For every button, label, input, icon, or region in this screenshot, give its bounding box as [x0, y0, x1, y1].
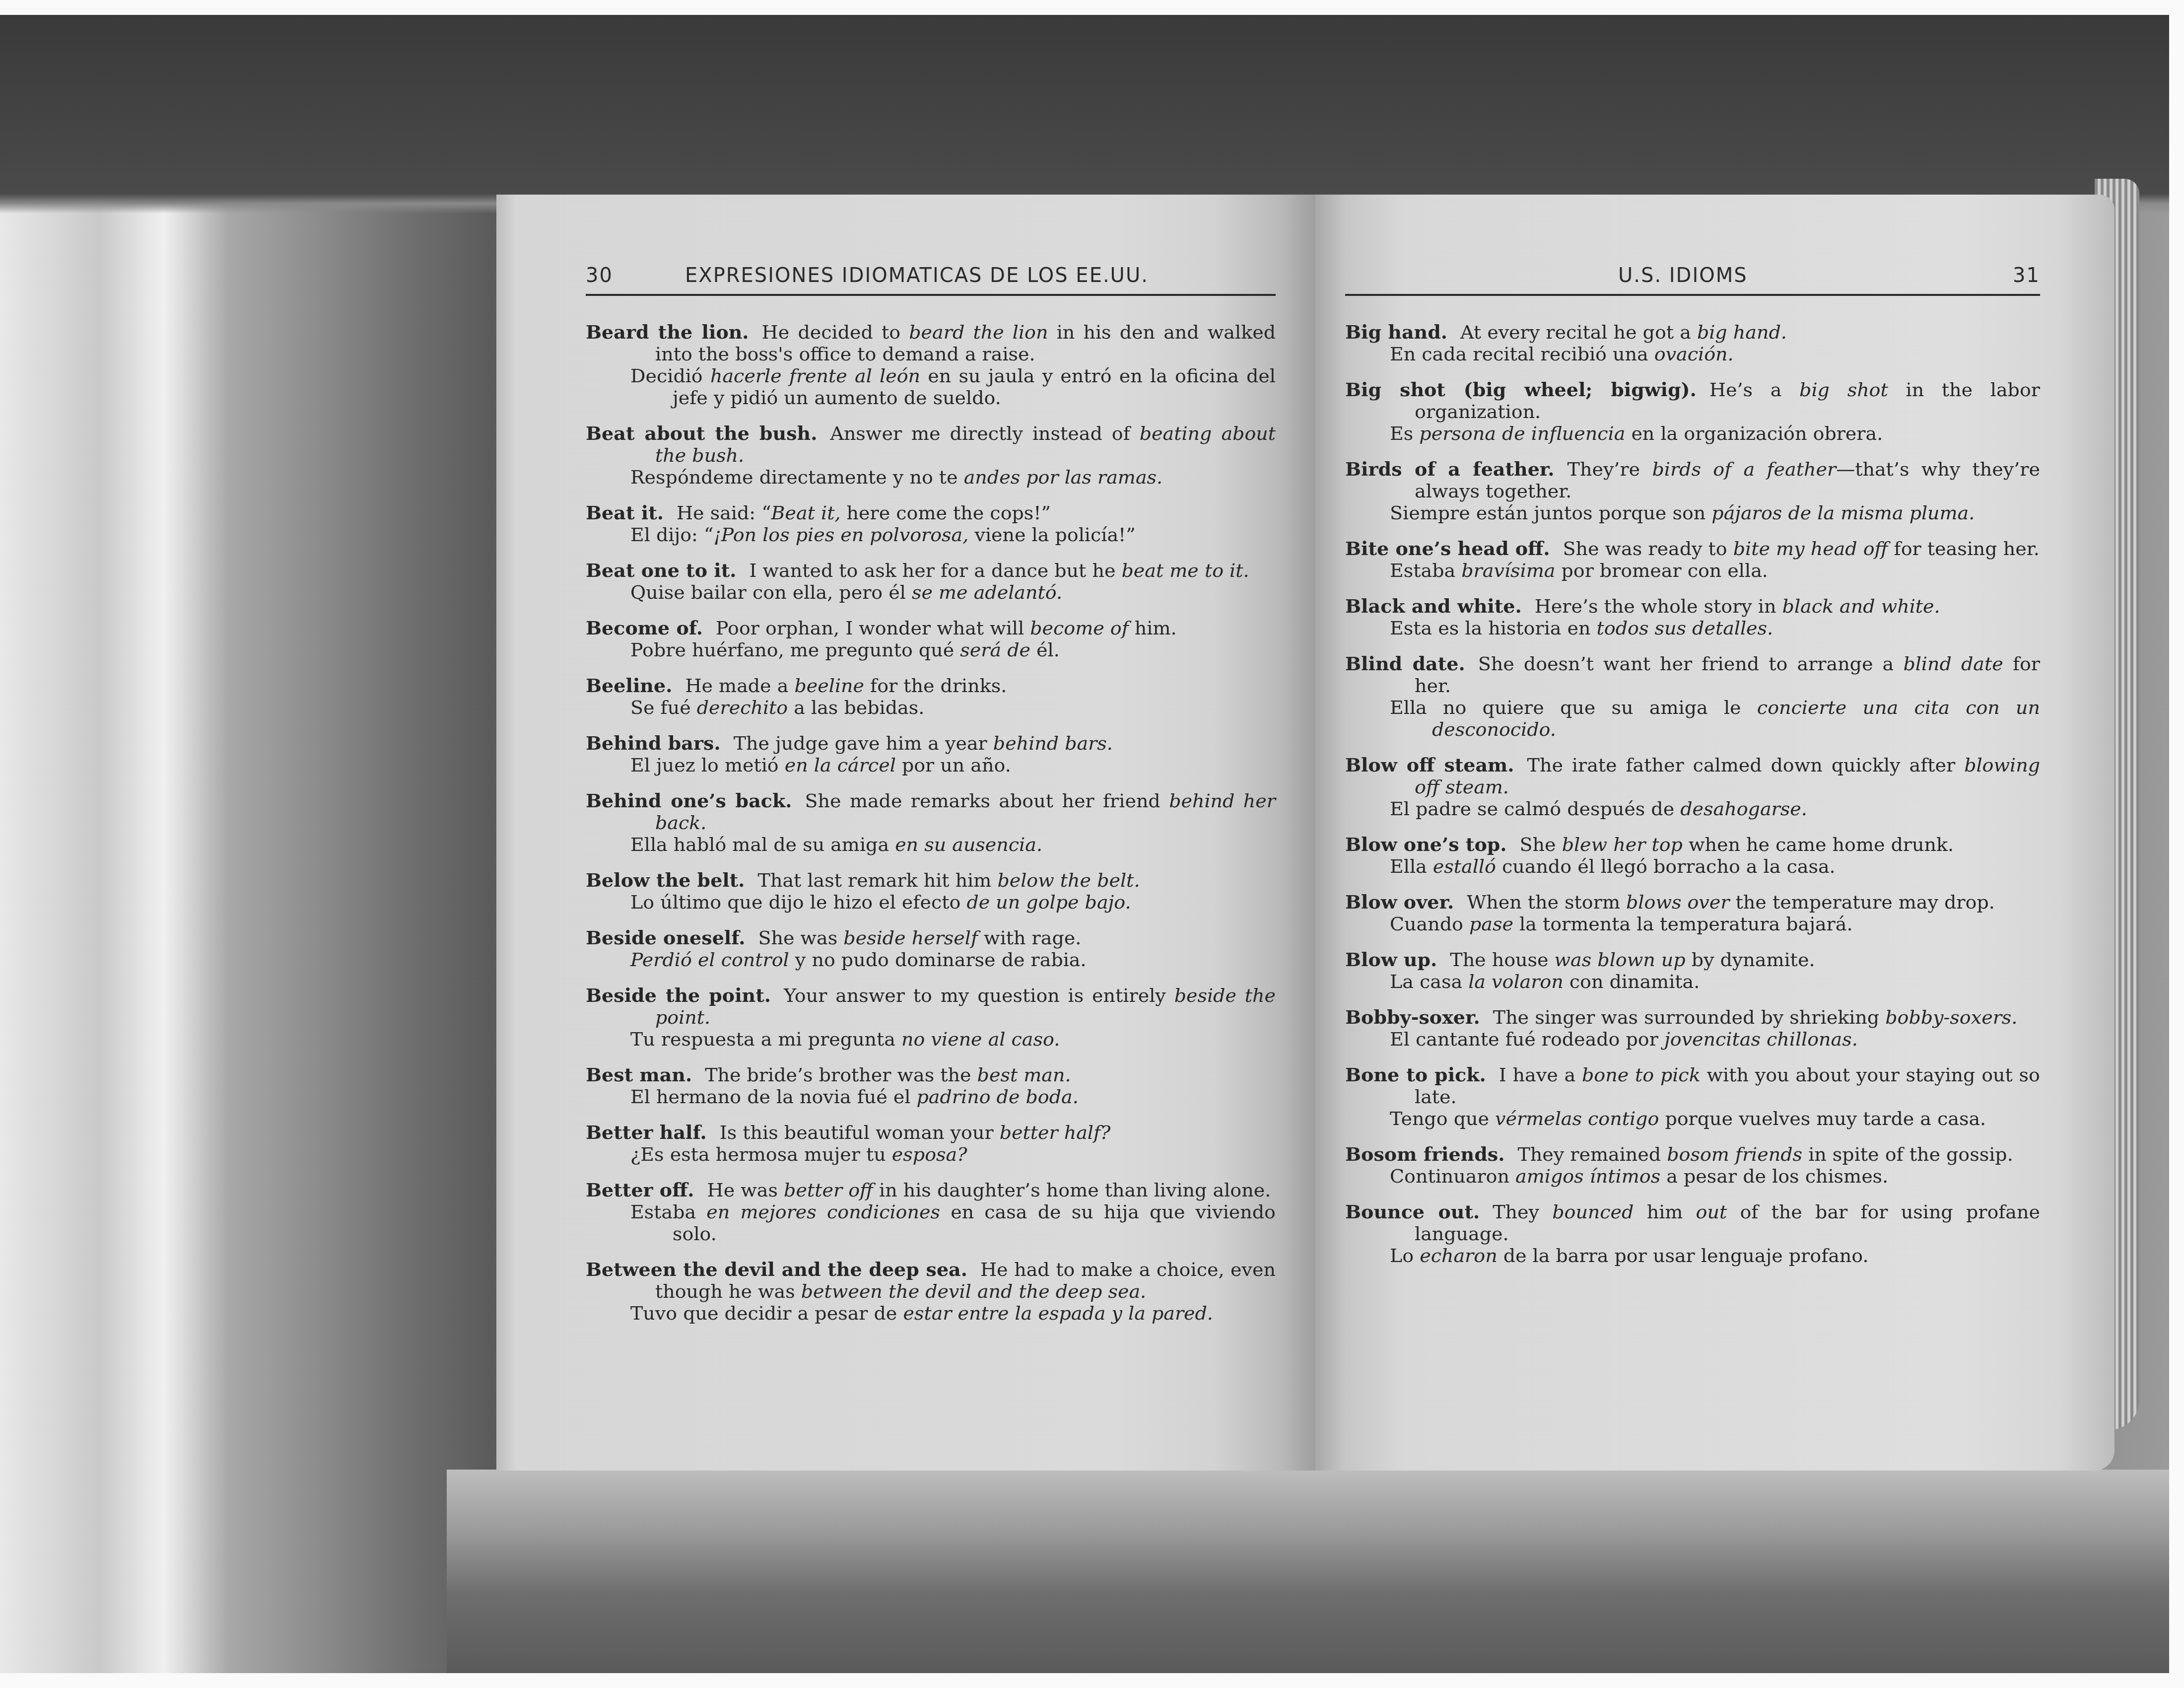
text-run: Estaba [630, 1201, 706, 1223]
spanish-translation: Pobre huérfano, me pregunto qué será de … [586, 639, 1276, 661]
text-run: Es [1390, 422, 1419, 444]
spanish-translation: Decidió hacerle frente al león en su jau… [586, 365, 1276, 409]
idiom-term: Birds of a feather. [1345, 458, 1555, 480]
idiom-emphasis: jovencitas chillonas. [1664, 1028, 1858, 1050]
english-example: Birds of a feather.They’re birds of a fe… [1345, 458, 2040, 502]
text-run: She was [758, 927, 843, 949]
text-run: by dynamite. [1686, 949, 1815, 971]
running-head: 30 EXPRESIONES IDIOMATICAS DE LOS EE.UU. [586, 264, 1276, 294]
english-example: Below the belt.That last remark hit him … [586, 869, 1276, 891]
idiom-entry: Beat one to it.I wanted to ask her for a… [586, 560, 1276, 603]
idiom-emphasis: ¡Pon los pies en polvorosa, [713, 524, 968, 546]
text-run: Decidió [630, 365, 710, 387]
idiom-entry: Bosom friends.They remained bosom friend… [1345, 1143, 2040, 1187]
text-run: con dinamita. [1564, 971, 1700, 992]
english-example: Blind date.She doesn’t want her friend t… [1345, 653, 2040, 697]
idiom-term: Below the belt. [586, 869, 745, 891]
idiom-entry: Bounce out.They bounced him out of the b… [1345, 1201, 2040, 1266]
spanish-translation: Perdió el control y no pudo dominarse de… [586, 949, 1276, 971]
idiom-term: Bobby-soxer. [1345, 1006, 1480, 1028]
text-run: Respóndeme directamente y no te [630, 466, 964, 488]
text-run: La casa [1390, 971, 1468, 992]
text-run: I wanted to ask her for a dance but he [749, 560, 1121, 581]
spanish-translation: Ella habló mal de su amiga en su ausenci… [586, 834, 1276, 855]
spanish-translation: La casa la volaron con dinamita. [1345, 971, 2040, 992]
english-example: Behind one’s back.She made remarks about… [586, 790, 1276, 834]
idiom-term: Bone to pick. [1345, 1063, 1486, 1086]
idiom-entry: Beard the lion.He decided to beard the l… [586, 321, 1276, 409]
idiom-emphasis: beeline [794, 675, 864, 697]
idiom-term: Best man. [586, 1063, 692, 1086]
spanish-translation: Cuando pase la tormenta la temperatura b… [1345, 913, 2040, 935]
spanish-translation: El padre se calmó después de desahogarse… [1345, 798, 2040, 820]
running-head-title: U.S. IDIOMS [1618, 264, 1748, 287]
english-example: Bone to pick.I have a bone to pick with … [1345, 1064, 2040, 1108]
idiom-term: Blind date. [1345, 652, 1465, 675]
text-run: Pobre huérfano, me pregunto qué [630, 639, 960, 661]
idiom-entry: Bone to pick.I have a bone to pick with … [1345, 1064, 2040, 1129]
idiom-emphasis: become of [1030, 617, 1129, 639]
idiom-entry: Behind bars.The judge gave him a year be… [586, 732, 1276, 776]
idiom-term: Better off. [586, 1179, 694, 1201]
idiom-entry: Between the devil and the deep sea.He ha… [586, 1259, 1276, 1324]
idiom-entry: Blow over.When the storm blows over the … [1345, 891, 2040, 935]
idiom-emphasis: Perdió el control [630, 949, 789, 971]
text-run: for teasing her. [1888, 538, 2039, 560]
text-run: When the storm [1467, 891, 1626, 913]
english-example: Bobby-soxer.The singer was surrounded by… [1345, 1006, 2040, 1028]
text-run: here come the cops!” [841, 502, 1051, 524]
spanish-translation: Ella estalló cuando él llegó borracho a … [1345, 855, 2040, 877]
english-example: Beard the lion.He decided to beard the l… [586, 321, 1276, 365]
english-example: Beat about the bush.Answer me directly i… [586, 422, 1276, 466]
text-run: The judge gave him a year [734, 732, 993, 754]
entry-list: Big hand.At every recital he got a big h… [1345, 321, 2040, 1280]
idiom-emphasis: pájaros de la misma pluma. [1711, 502, 1975, 524]
idiom-emphasis: se me adelantó. [912, 581, 1062, 603]
text-run: Tengo que [1390, 1108, 1495, 1129]
text-run: por un año. [896, 754, 1011, 776]
idiom-emphasis: bite my head off [1733, 538, 1888, 560]
entry-list: Beard the lion.He decided to beard the l… [586, 321, 1276, 1338]
spanish-translation: Es persona de influencia en la organizac… [1345, 422, 2040, 444]
text-run: ¿Es esta hermosa mujer tu [630, 1143, 892, 1165]
idiom-term: Behind one’s back. [586, 789, 792, 812]
text-run: Poor orphan, I wonder what will [716, 617, 1030, 639]
text-run: Quise bailar con ella, pero él [630, 581, 912, 603]
idiom-emphasis: vérmelas contigo [1495, 1108, 1659, 1129]
text-run: They’re [1568, 458, 1652, 480]
spanish-translation: Se fué derechito a las bebidas. [586, 697, 1276, 718]
text-run: At every recital he got a [1460, 321, 1697, 343]
idiom-entry: Blow up.The house was blown up by dynami… [1345, 949, 2040, 992]
idiom-emphasis: bobby-soxers. [1885, 1006, 2017, 1028]
idiom-entry: Beside the point.Your answer to my quest… [586, 985, 1276, 1050]
text-run: Continuaron [1390, 1165, 1515, 1187]
text-run: The irate father calmed down quickly aft… [1527, 754, 1965, 776]
idiom-entry: Beeline.He made a beeline for the drinks… [586, 675, 1276, 718]
text-run: El cantante fué rodeado por [1390, 1028, 1664, 1050]
english-example: Better off.He was better off in his daug… [586, 1179, 1276, 1201]
idiom-emphasis: was blown up [1555, 949, 1686, 971]
idiom-term: Become of. [586, 617, 703, 639]
idiom-emphasis: derechito [697, 697, 788, 718]
idiom-term: Bosom friends. [1345, 1143, 1504, 1165]
spanish-translation: Continuaron amigos íntimos a pesar de lo… [1345, 1165, 2040, 1187]
english-example: Bounce out.They bounced him out of the b… [1345, 1201, 2040, 1245]
idiom-emphasis: esposa? [892, 1143, 967, 1165]
english-example: Beat it.He said: “Beat it, here come the… [586, 502, 1276, 524]
idiom-term: Beside the point. [586, 984, 771, 1006]
spanish-translation: Lo echaron de la barra por usar lenguaje… [1345, 1245, 2040, 1266]
left-page: 30 EXPRESIONES IDIOMATICAS DE LOS EE.UU.… [496, 195, 1315, 1471]
english-example: Blow over.When the storm blows over the … [1345, 891, 2040, 913]
idiom-emphasis: out [1696, 1201, 1727, 1223]
idiom-emphasis: andes por las ramas. [964, 466, 1162, 488]
english-example: Beside oneself.She was beside herself wi… [586, 927, 1276, 949]
idiom-emphasis: better off [784, 1179, 873, 1201]
text-run: He was [707, 1179, 784, 1201]
text-run: Lo último que dijo le hizo el efecto [630, 891, 966, 913]
spanish-translation: Quise bailar con ella, pero él se me ade… [586, 581, 1276, 603]
text-run: viene la policía!” [968, 524, 1135, 546]
idiom-entry: Best man.The bride’s brother was the bes… [586, 1064, 1276, 1108]
english-example: Beside the point.Your answer to my quest… [586, 985, 1276, 1028]
text-run: cuando él llegó borracho a la casa. [1496, 855, 1836, 877]
idiom-term: Blow off steam. [1345, 754, 1514, 776]
text-run: El juez lo metió [630, 754, 785, 776]
text-run: Se fué [630, 697, 697, 718]
idiom-emphasis: bosom friends [1667, 1143, 1802, 1165]
spanish-translation: Siempre están juntos porque son pájaros … [1345, 502, 2040, 524]
idiom-term: Beside oneself. [586, 926, 745, 949]
text-run: Answer me directly instead of [830, 422, 1139, 444]
idiom-term: Black and white. [1345, 595, 1522, 617]
text-run: él. [1030, 639, 1060, 661]
idiom-term: Beat it. [586, 501, 664, 524]
idiom-entry: Behind one’s back.She made remarks about… [586, 790, 1276, 855]
idiom-emphasis: big shot [1799, 379, 1888, 401]
english-example: Blow up.The house was blown up by dynami… [1345, 949, 2040, 971]
text-run: him [1634, 1201, 1696, 1223]
text-run: En cada recital recibió una [1390, 343, 1654, 365]
english-example: Become of.Poor orphan, I wonder what wil… [586, 617, 1276, 639]
idiom-emphasis: blind date [1903, 653, 2003, 675]
text-run: de la barra por usar lenguaje profano. [1498, 1245, 1869, 1266]
spanish-translation: Lo último que dijo le hizo el efecto de … [586, 891, 1276, 913]
page-number: 30 [586, 264, 613, 287]
text-run: He decided to [762, 321, 909, 343]
spanish-translation: El hermano de la novia fué el padrino de… [586, 1086, 1276, 1108]
idiom-entry: Blow one’s top.She blew her top when he … [1345, 834, 2040, 877]
english-example: Beeline.He made a beeline for the drinks… [586, 675, 1276, 697]
idiom-emphasis: beat me to it. [1121, 560, 1249, 581]
page-number: 31 [2013, 264, 2040, 287]
idiom-entry: Beat about the bush.Answer me directly i… [586, 422, 1276, 488]
idiom-entry: Bite one’s head off.She was ready to bit… [1345, 538, 2040, 581]
idiom-entry: Beside oneself.She was beside herself wi… [586, 927, 1276, 971]
idiom-emphasis: between the devil and the deep sea. [801, 1280, 1146, 1302]
text-run: The singer was surrounded by shrieking [1493, 1006, 1885, 1028]
idiom-term: Better half. [586, 1121, 707, 1143]
text-run: Ella no quiere que su amiga le [1390, 697, 1757, 718]
english-example: Bite one’s head off.She was ready to bit… [1345, 538, 2040, 560]
text-run: him. [1129, 617, 1177, 639]
english-example: Behind bars.The judge gave him a year be… [586, 732, 1276, 754]
text-run: the temperature may drop. [1730, 891, 1995, 913]
text-run: a pesar de los chismes. [1660, 1165, 1888, 1187]
idiom-term: Blow up. [1345, 948, 1437, 971]
text-run: She made remarks about her friend [805, 790, 1169, 812]
header-rule [1345, 294, 2040, 296]
idiom-term: Between the devil and the deep sea. [586, 1258, 967, 1280]
running-head-title: EXPRESIONES IDIOMATICAS DE LOS EE.UU. [685, 264, 1149, 287]
english-example: Between the devil and the deep sea.He ha… [586, 1259, 1276, 1302]
idiom-emphasis: será de [960, 639, 1030, 661]
spanish-translation: Tengo que vérmelas contigo porque vuelve… [1345, 1108, 2040, 1129]
idiom-emphasis: la volaron [1468, 971, 1564, 992]
idiom-emphasis: en la cárcel [785, 754, 896, 776]
english-example: Beat one to it.I wanted to ask her for a… [586, 560, 1276, 581]
idiom-emphasis: beard the lion [909, 321, 1048, 343]
idiom-emphasis: todos sus detalles. [1597, 617, 1774, 639]
text-run: El padre se calmó después de [1390, 798, 1680, 820]
idiom-emphasis: better half? [1000, 1122, 1111, 1143]
idiom-emphasis: padrino de boda. [917, 1086, 1079, 1108]
idiom-emphasis: big hand. [1697, 321, 1787, 343]
idiom-emphasis: no viene al caso. [901, 1028, 1060, 1050]
idiom-emphasis: en mejores condiciones [706, 1201, 940, 1223]
idiom-emphasis: bounced [1552, 1201, 1634, 1223]
idiom-term: Beeline. [586, 674, 672, 697]
text-run: That last remark hit him [758, 869, 998, 891]
english-example: Best man.The bride’s brother was the bes… [586, 1064, 1276, 1086]
idiom-entry: Beat it.He said: “Beat it, here come the… [586, 502, 1276, 546]
idiom-emphasis: desahogarse. [1680, 798, 1807, 820]
spanish-translation: Respóndeme directamente y no te andes po… [586, 466, 1276, 488]
english-example: Big hand.At every recital he got a big h… [1345, 321, 2040, 343]
idiom-emphasis: pase [1469, 913, 1513, 935]
spanish-translation: Estaba bravísima por bromear con ella. [1345, 560, 2040, 581]
idiom-term: Bounce out. [1345, 1200, 1480, 1223]
idiom-emphasis: bone to pick [1582, 1064, 1701, 1086]
text-run: Siempre están juntos porque son [1390, 502, 1711, 524]
idiom-emphasis: blew her top [1562, 834, 1683, 855]
idiom-emphasis: blows over [1626, 891, 1729, 913]
english-example: Black and white.Here’s the whole story i… [1345, 595, 2040, 617]
text-run: with rage. [978, 927, 1081, 949]
text-run: He said: “ [677, 502, 771, 524]
spanish-translation: El juez lo metió en la cárcel por un año… [586, 754, 1276, 776]
text-run: Your answer to my question is entirely [784, 985, 1174, 1006]
text-run: in his daughter’s home than living alone… [873, 1179, 1271, 1201]
text-run: a las bebidas. [788, 697, 924, 718]
idiom-entry: Bobby-soxer.The singer was surrounded by… [1345, 1006, 2040, 1050]
idiom-entry: Big shot (big wheel; bigwig).He’s a big … [1345, 379, 2040, 444]
text-run: por bromear con ella. [1555, 560, 1768, 581]
idiom-entry: Better off.He was better off in his daug… [586, 1179, 1276, 1245]
spanish-translation: El cantante fué rodeado por jovencitas c… [1345, 1028, 2040, 1050]
text-run: Tu respuesta a mi pregunta [630, 1028, 901, 1050]
idiom-emphasis: en su ausencia. [895, 834, 1042, 855]
spanish-translation: Esta es la historia en todos sus detalle… [1345, 617, 2040, 639]
idiom-emphasis: black and white. [1782, 595, 1940, 617]
text-run: He made a [685, 675, 794, 697]
idiom-term: Beat one to it. [586, 559, 736, 581]
spanish-translation: Tu respuesta a mi pregunta no viene al c… [586, 1028, 1276, 1050]
idiom-term: Big shot (big wheel; bigwig). [1345, 378, 1697, 401]
idiom-emphasis: Beat it, [771, 502, 841, 524]
idiom-emphasis: estar entre la espada y la pared. [903, 1302, 1213, 1324]
english-example: Blow one’s top.She blew her top when he … [1345, 834, 2040, 855]
text-run: y no pudo dominarse de rabia. [789, 949, 1087, 971]
idiom-entry: Better half.Is this beautiful woman your… [586, 1122, 1276, 1165]
text-run: The bride’s brother was the [705, 1064, 977, 1086]
idiom-term: Bite one’s head off. [1345, 537, 1550, 560]
spanish-translation: ¿Es esta hermosa mujer tu esposa? [586, 1143, 1276, 1165]
idiom-entry: Black and white.Here’s the whole story i… [1345, 595, 2040, 639]
text-run: They [1493, 1201, 1552, 1223]
text-run: She doesn’t want her friend to arrange a [1478, 653, 1904, 675]
text-run: The house [1450, 949, 1554, 971]
text-run: Esta es la historia en [1390, 617, 1597, 639]
text-run: Estaba [1390, 560, 1461, 581]
english-example: Bosom friends.They remained bosom friend… [1345, 1143, 2040, 1165]
english-example: Big shot (big wheel; bigwig).He’s a big … [1345, 379, 2040, 422]
english-example: Blow off steam.The irate father calmed d… [1345, 754, 2040, 798]
text-run: la tormenta la temperatura bajará. [1513, 913, 1853, 935]
idiom-term: Beard the lion. [586, 321, 749, 343]
idiom-emphasis: birds of a feather [1652, 458, 1836, 480]
idiom-entry: Below the belt.That last remark hit him … [586, 869, 1276, 913]
text-run: El hermano de la novia fué el [630, 1086, 917, 1108]
idiom-emphasis: ovación. [1654, 343, 1734, 365]
idiom-entry: Birds of a feather.They’re birds of a fe… [1345, 458, 2040, 524]
idiom-entry: Become of.Poor orphan, I wonder what wil… [586, 617, 1276, 661]
idiom-term: Behind bars. [586, 732, 721, 754]
text-run: porque vuelves muy tarde a casa. [1659, 1108, 1986, 1129]
idiom-entry: Big hand.At every recital he got a big h… [1345, 321, 2040, 365]
text-run: when he came home drunk. [1683, 834, 1954, 855]
idiom-entry: Blind date.She doesn’t want her friend t… [1345, 653, 2040, 740]
idiom-emphasis: persona de influencia [1419, 422, 1625, 444]
idiom-emphasis: echaron [1420, 1245, 1497, 1266]
english-example: Better half.Is this beautiful woman your… [586, 1122, 1276, 1143]
idiom-emphasis: behind bars. [993, 732, 1113, 754]
right-page: U.S. IDIOMS 31 Big hand.At every recital… [1315, 195, 2115, 1471]
text-run: They remained [1517, 1143, 1667, 1165]
spanish-translation: En cada recital recibió una ovación. [1345, 343, 2040, 365]
spanish-translation: Estaba en mejores condiciones en casa de… [586, 1201, 1276, 1245]
idiom-term: Beat about the bush. [586, 422, 817, 444]
text-run: Lo [1390, 1245, 1420, 1266]
idiom-term: Blow one’s top. [1345, 833, 1507, 855]
idiom-entry: Blow off steam.The irate father calmed d… [1345, 754, 2040, 820]
spanish-translation: Ella no quiere que su amiga le concierte… [1345, 697, 2040, 740]
idiom-term: Blow over. [1345, 891, 1454, 913]
text-run: Is this beautiful woman your [720, 1122, 1000, 1143]
idiom-term: Big hand. [1345, 321, 1447, 343]
text-run: for the drinks. [864, 675, 1007, 697]
running-head: U.S. IDIOMS 31 [1345, 264, 2040, 294]
idiom-emphasis: de un golpe bajo. [966, 891, 1131, 913]
spanish-translation: El dijo: “¡Pon los pies en polvorosa, vi… [586, 524, 1276, 546]
idiom-emphasis: amigos íntimos [1515, 1165, 1660, 1187]
text-run: I have a [1499, 1064, 1582, 1086]
text-run: She was ready to [1563, 538, 1733, 560]
idiom-emphasis: beside herself [843, 927, 978, 949]
text-run: Tuvo que decidir a pesar de [630, 1302, 903, 1324]
text-run: She [1520, 834, 1562, 855]
text-run: El dijo: “ [630, 524, 713, 546]
text-run: Ella habló mal de su amiga [630, 834, 895, 855]
idiom-emphasis: bravísima [1461, 560, 1555, 581]
idiom-emphasis: estalló [1433, 855, 1496, 877]
idiom-emphasis: best man. [977, 1064, 1071, 1086]
idiom-emphasis: hacerle frente al león [710, 365, 920, 387]
scanner-shadow [447, 1470, 2169, 1673]
spanish-translation: Tuvo que decidir a pesar de estar entre … [586, 1302, 1276, 1324]
text-run: en la organización obrera. [1625, 422, 1883, 444]
text-run: Here’s the whole story in [1535, 595, 1782, 617]
text-run: Cuando [1390, 913, 1469, 935]
header-rule [586, 294, 1276, 296]
text-run: He’s a [1709, 379, 1799, 401]
idiom-emphasis: below the belt. [997, 869, 1140, 891]
text-run: Ella [1390, 855, 1433, 877]
text-run: in spite of the gossip. [1802, 1143, 2013, 1165]
